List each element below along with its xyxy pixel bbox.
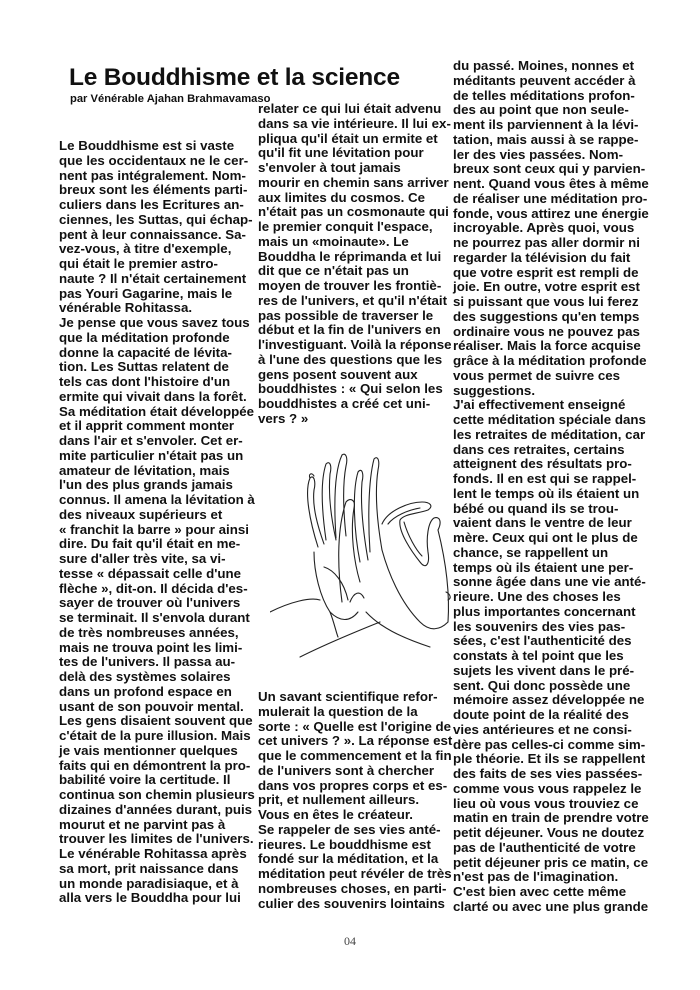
article-title: Le Bouddhisme et la science [69,64,400,92]
text-line: dans ces retraites, certains [453,443,649,458]
text-line: dit que ce n'était pas un [258,264,452,279]
text-line: n'était pas un cosmonaute qui [258,205,452,220]
text-line: fonde, vous attirez une énergie [453,207,649,222]
text-line: s'envoler à tout jamais [258,161,452,176]
text-line: n'est pas de l'imagination. [453,870,649,885]
text-line: tels cas dont l'histoire d'un [59,375,255,390]
text-line: dans l'air et s'envoler. Cet er- [59,434,255,449]
text-line: vers ? » [258,412,452,427]
text-line: sujets les vivent dans le pré- [453,664,649,679]
text-line: sées, c'est l'authenticité des [453,634,649,649]
text-line: usant de son pouvoir mental. [59,700,255,715]
text-line: breux sont les éléments parti- [59,183,255,198]
text-line: dizaines d'années durant, puis [59,803,255,818]
text-line: flèche », dit-on. Il décida d'es- [59,582,255,597]
text-line: ple théorie. Et ils se rappellent [453,752,649,767]
page-number: 04 [0,934,700,949]
text-line: babilité voire la certitude. Il [59,773,255,788]
text-line: que la méditation profonde [59,331,255,346]
text-line: que les occidentaux ne le cer- [59,154,255,169]
text-line: fondé sur la méditation, et la [258,852,452,867]
text-line: matin en train de prendre votre [453,811,649,826]
text-line: sorte : « Quelle est l'origine de [258,720,452,735]
text-line: connus. Il amena la lévitation à [59,493,255,508]
text-line: sure d'aller très vite, sa vi- [59,552,255,567]
text-line: breux sont ceux qui y parvien- [453,162,649,177]
text-line: ordinaire vous ne pouvez pas [453,325,649,340]
text-line: sent. Qui donc possède une [453,679,649,694]
text-line: les souvenirs des vies pas- [453,620,649,635]
text-column-2-top: relater ce qui lui était advenudans sa v… [258,102,452,427]
text-line: continua son chemin plusieurs [59,788,255,803]
text-line: trouver les limites de l'univers. [59,832,255,847]
text-line: cette méditation spéciale dans [453,413,649,428]
text-line: aux limites du cosmos. Ce [258,191,452,206]
text-line: naute ? Il n'était certainement [59,272,255,287]
text-line: de l'univers sont à chercher [258,764,452,779]
text-line: bouddhistes a créé cet uni- [258,397,452,412]
text-line: joie. En outre, votre esprit est [453,280,649,295]
text-line: pas de l'authenticité de votre [453,841,649,856]
text-line: du passé. Moines, nonnes et [453,59,649,74]
text-line: ne pourrez pas aller dormir ni [453,236,649,251]
text-line: bébé ou quand ils se trou- [453,502,649,517]
text-line: l'investiguant. Voilà la réponse [258,338,452,353]
text-line: de réaliser une méditation pro- [453,192,649,207]
text-line: sa mort, prit naissance dans [59,862,255,877]
text-line: moyen de trouver les frontiè- [258,279,452,294]
text-line: relater ce qui lui était advenu [258,102,452,117]
text-line: culiers dans les Ecritures an- [59,198,255,213]
text-line: Les gens disaient souvent que [59,714,255,729]
text-line: tes de l'univers. Il passa au- [59,655,255,670]
text-line: fonds. Il en est qui se rappel- [453,472,649,487]
text-line: mite particulier n'était pas un [59,449,255,464]
text-line: dire. Du fait qu'il était en me- [59,537,255,552]
text-line: mulerait la question de la [258,705,452,720]
text-line: culier des souvenirs lointains [258,897,452,912]
text-line: début et la fin de l'univers en [258,323,452,338]
text-line: mais un «moinaute». Le [258,235,452,250]
text-line: gens posent souvent aux [258,368,452,383]
text-line: amateur de lévitation, mais [59,464,255,479]
text-line: sayer de trouver où l'univers [59,596,255,611]
text-column-2-bottom: Un savant scientifique refor-mulerait la… [258,690,452,911]
article-byline: par Vénérable Ajahan Brahmavamaso [70,93,270,105]
text-line: se terminait. Il s'envola durant [59,611,255,626]
text-line: vaient dans le ventre de leur [453,516,649,531]
text-line: réaliser. Mais la force acquise [453,339,649,354]
text-line: mais ne trouva point les limi- [59,641,255,656]
text-line: rieure. Une des choses les [453,590,649,605]
text-line: ermite qui vivait dans la forêt. [59,390,255,405]
text-line: mourir en chemin sans arriver [258,176,452,191]
text-line: ment ils parviennent à la lévi- [453,118,649,133]
text-line: le premier conquit l'espace, [258,220,452,235]
text-line: sonne âgée dans une vie anté- [453,575,649,590]
text-line: lieu où vous vous trouviez ce [453,797,649,812]
text-line: des faits de ses vies passées- [453,767,649,782]
text-line: dère pas celles-ci comme sim- [453,738,649,753]
text-line: mère. Ceux qui ont le plus de [453,531,649,546]
text-line: qui était le premier astro- [59,257,255,272]
text-line: Un savant scientifique refor- [258,690,452,705]
text-line: bouddhistes : « Qui selon les [258,382,452,397]
text-line: res de l'univers, et qu'il n'était [258,294,452,309]
text-line: J'ai effectivement enseigné [453,398,649,413]
text-line: dans sa vie intérieure. Il lui ex- [258,117,452,132]
text-line: Se rappeler de ses vies anté- [258,823,452,838]
text-line: l'un des plus grands jamais [59,478,255,493]
text-line: « franchit la barre » pour ainsi [59,523,255,538]
text-line: comme vous vous rappelez le [453,782,649,797]
text-line: ler des vies passées. Nom- [453,148,649,163]
text-line: nent. Quand vous êtes à même [453,177,649,192]
text-line: ciennes, les Suttas, qui échap- [59,213,255,228]
text-line: temps où ils étaient une per- [453,561,649,576]
text-line: Le Bouddhisme est si vaste [59,139,255,154]
text-line: delà des systèmes solaires [59,670,255,685]
text-line: regarder la télévision du fait [453,251,649,266]
text-line: méditants peuvent accéder à [453,74,649,89]
text-line: pent à leur connaissance. Sa- [59,228,255,243]
text-line: nent pas intégralement. Nom- [59,169,255,184]
buddha-hands-icon [270,452,460,667]
text-line: à l'une des questions que les [258,353,452,368]
text-line: pliqua qu'il était un ermite et [258,132,452,147]
text-line: petit déjeuner. Vous ne doutez [453,826,649,841]
text-line: dans un profond espace en [59,685,255,700]
text-line: vies antérieures et ne consi- [453,723,649,738]
text-line: pas Youri Gagarine, mais le [59,287,255,302]
text-line: alla vers le Bouddha pour lui [59,891,255,906]
text-column-3: du passé. Moines, nonnes etméditants peu… [453,59,649,915]
text-line: les retraites de méditation, car [453,428,649,443]
text-line: de telles méditations profon- [453,89,649,104]
text-line: c'était de la pure illusion. Mais [59,729,255,744]
text-line: des niveaux supérieurs et [59,508,255,523]
text-line: Sa méditation était développée [59,405,255,420]
text-line: rieures. Le bouddhisme est [258,838,452,853]
text-line: des au point que non seule- [453,103,649,118]
text-line: un monde paradisiaque, et à [59,877,255,892]
text-line: je vais mentionner quelques [59,744,255,759]
text-line: de très nombreuses années, [59,626,255,641]
text-line: suggestions. [453,384,649,399]
text-line: méditation peut révéler de très [258,867,452,882]
text-line: dans vos propres corps et es- [258,779,452,794]
text-line: constats à tel point que les [453,649,649,664]
text-line: grâce à la méditation profonde [453,354,649,369]
text-line: Vous en êtes le créateur. [258,808,452,823]
text-line: des suggestions qu'en temps [453,310,649,325]
text-line: qu'il fit une lévitation pour [258,146,452,161]
text-line: nombreuses choses, en parti- [258,882,452,897]
text-column-1: Le Bouddhisme est si vasteque les occide… [59,139,255,906]
text-line: Je pense que vous savez tous [59,316,255,331]
text-line: tesse « dépassait celle d'une [59,567,255,582]
text-line: petit déjeuner pris ce matin, ce [453,856,649,871]
text-line: si puissant que vous lui ferez [453,295,649,310]
text-line: doute point de la réalité des [453,708,649,723]
text-line: atteignent des résultats pro- [453,457,649,472]
text-line: incroyable. Après quoi, vous [453,221,649,236]
text-line: clarté ou avec une plus grande [453,900,649,915]
text-line: mourut et ne parvint pas à [59,818,255,833]
text-line: chance, se rappellent un [453,546,649,561]
text-line: et il apprit comment monter [59,419,255,434]
text-line: cet univers ? ». La réponse est [258,734,452,749]
text-line: faits qui en démontrent la pro- [59,759,255,774]
text-line: vous permet de suivre ces [453,369,649,384]
text-line: vez-vous, à titre d'exemple, [59,242,255,257]
text-line: Le vénérable Rohitassa après [59,847,255,862]
text-line: que le commencement et la fin [258,749,452,764]
text-line: vénérable Rohitassa. [59,301,255,316]
text-line: tation, mais aussi à se rappe- [453,133,649,148]
text-line: Bouddha le réprimanda et lui [258,250,452,265]
text-line: prit, et nullement ailleurs. [258,793,452,808]
text-line: lent le temps où ils étaient un [453,487,649,502]
text-line: tion. Les Suttas relatent de [59,360,255,375]
text-line: pas possible de traverser le [258,309,452,324]
text-line: donne la capacité de lévita- [59,346,255,361]
text-line: C'est bien avec cette même [453,885,649,900]
text-line: que votre esprit est rempli de [453,266,649,281]
text-line: plus importantes concernant [453,605,649,620]
text-line: mémoire assez développée ne [453,693,649,708]
